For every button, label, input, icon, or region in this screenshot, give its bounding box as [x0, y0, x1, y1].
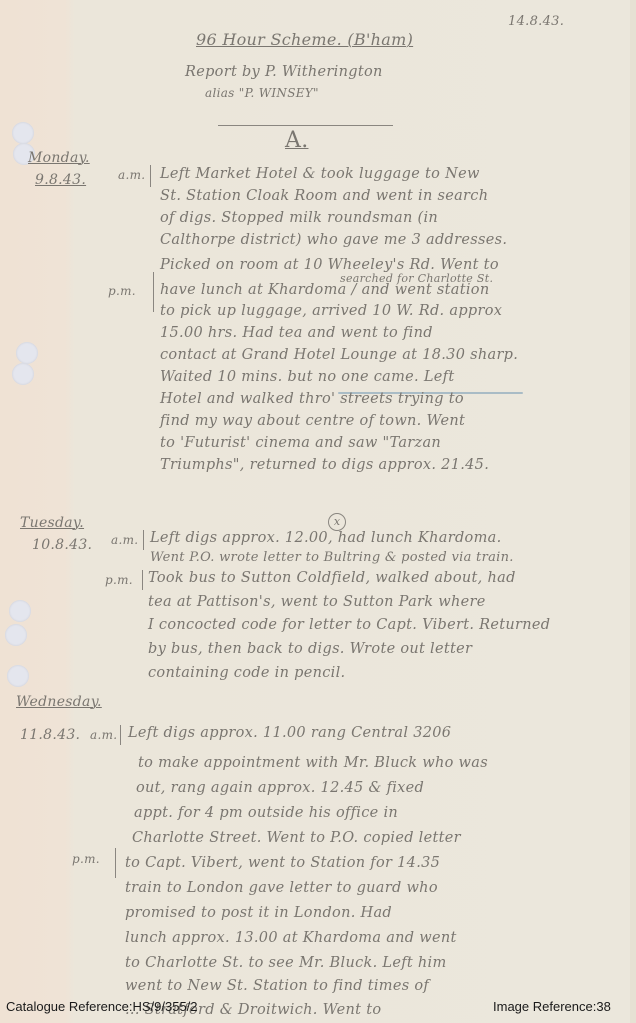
- entry-line: out, rang again approx. 12.45 & fixed: [136, 780, 424, 796]
- punch-hole: [12, 363, 34, 385]
- entry-line: Left Market Hotel & took luggage to New: [160, 166, 480, 182]
- punch-hole: [9, 600, 31, 622]
- punch-hole: [7, 665, 29, 687]
- period-bar: [153, 272, 154, 312]
- entry-line: Charlotte Street. Went to P.O. copied le…: [132, 830, 461, 846]
- document-title: 96 Hour Scheme. (B'ham): [196, 30, 413, 49]
- entry-line: I concocted code for letter to Capt. Vib…: [148, 617, 550, 633]
- entry-line: appt. for 4 pm outside his office in: [134, 805, 398, 821]
- period-marker-am: a.m.: [111, 533, 138, 547]
- catalogue-reference: Catalogue Reference:HS/9/355/2: [6, 999, 198, 1014]
- entry-line: Went P.O. wrote letter to Bultring & pos…: [150, 550, 514, 565]
- entry-line: find my way about centre of town. Went: [160, 413, 465, 429]
- section-label: A.: [285, 128, 308, 153]
- entry-line: to pick up luggage, arrived 10 W. Rd. ap…: [160, 303, 502, 319]
- entry-line: Left digs approx. 11.00 rang Central 320…: [128, 725, 451, 741]
- entry-line: Took bus to Sutton Coldfield, walked abo…: [148, 570, 516, 586]
- entry-line: to 'Futurist' cinema and saw "Tarzan: [160, 435, 441, 451]
- entry-line: Triumphs", returned to digs approx. 21.4…: [160, 457, 489, 473]
- date-label-monday: 9.8.43.: [35, 172, 86, 188]
- punch-hole: [5, 624, 27, 646]
- day-label-wednesday: Wednesday.: [16, 694, 102, 710]
- date-label-wednesday: 11.8.43.: [20, 727, 80, 743]
- entry-line: containing code in pencil.: [148, 665, 345, 681]
- entry-line: 15.00 hrs. Had tea and went to find: [160, 325, 433, 341]
- period-bar: [150, 165, 151, 187]
- entry-line: contact at Grand Hotel Lounge at 18.30 s…: [160, 347, 518, 363]
- entry-line: to Charlotte St. to see Mr. Bluck. Left …: [125, 955, 447, 971]
- period-marker-am: a.m.: [90, 728, 117, 742]
- entry-line: have lunch at Khardoma / and went statio…: [160, 282, 489, 298]
- entry-line: promised to post it in London. Had: [125, 905, 392, 921]
- document-page: 14.8.43. 96 Hour Scheme. (B'ham) Report …: [0, 0, 630, 1023]
- period-bar: [142, 570, 143, 590]
- date-label-tuesday: 10.8.43.: [32, 537, 92, 553]
- entry-line: to Capt. Vibert, went to Station for 14.…: [125, 855, 440, 871]
- entry-line: tea at Pattison's, went to Sutton Park w…: [148, 594, 486, 610]
- entry-line: Left digs approx. 12.00, had lunch Khard…: [150, 530, 501, 546]
- entry-line: lunch approx. 13.00 at Khardoma and went: [125, 930, 457, 946]
- entry-line: Calthorpe district) who gave me 3 addres…: [160, 232, 507, 248]
- period-marker-am: a.m.: [118, 168, 145, 182]
- day-label-tuesday: Tuesday.: [20, 515, 84, 531]
- image-reference: Image Reference:38: [493, 999, 611, 1014]
- page-edge: [630, 0, 636, 1023]
- period-bar: [143, 530, 144, 550]
- entry-line: Hotel and walked thro' streets trying to: [160, 391, 464, 407]
- entry-line: St. Station Cloak Room and went in searc…: [160, 188, 488, 204]
- day-label-monday: Monday.: [28, 150, 90, 166]
- cross-mark: x: [328, 513, 346, 531]
- document-date: 14.8.43.: [508, 14, 564, 29]
- entry-line: went to New St. Station to find times of: [125, 978, 429, 994]
- period-marker-pm: p.m.: [108, 284, 136, 298]
- entry-line: train to London gave letter to guard who: [125, 880, 438, 896]
- period-bar: [115, 848, 116, 878]
- entry-line: Waited 10 mins. but no one came. Left: [160, 369, 454, 385]
- punch-hole: [12, 122, 34, 144]
- period-marker-pm: p.m.: [72, 852, 100, 866]
- punch-hole: [16, 342, 38, 364]
- period-bar: [120, 725, 121, 745]
- entry-line: Picked on room at 10 Wheeley's Rd. Went …: [160, 257, 499, 273]
- author-alias: alias "P. WINSEY": [205, 86, 319, 100]
- header-divider: [218, 125, 393, 126]
- report-author: Report by P. Witherington: [185, 64, 383, 80]
- entry-line: to make appointment with Mr. Bluck who w…: [138, 755, 488, 771]
- entry-line: of digs. Stopped milk roundsman (in: [160, 210, 438, 226]
- period-marker-pm: p.m.: [105, 573, 133, 587]
- entry-line: by bus, then back to digs. Wrote out let…: [148, 641, 472, 657]
